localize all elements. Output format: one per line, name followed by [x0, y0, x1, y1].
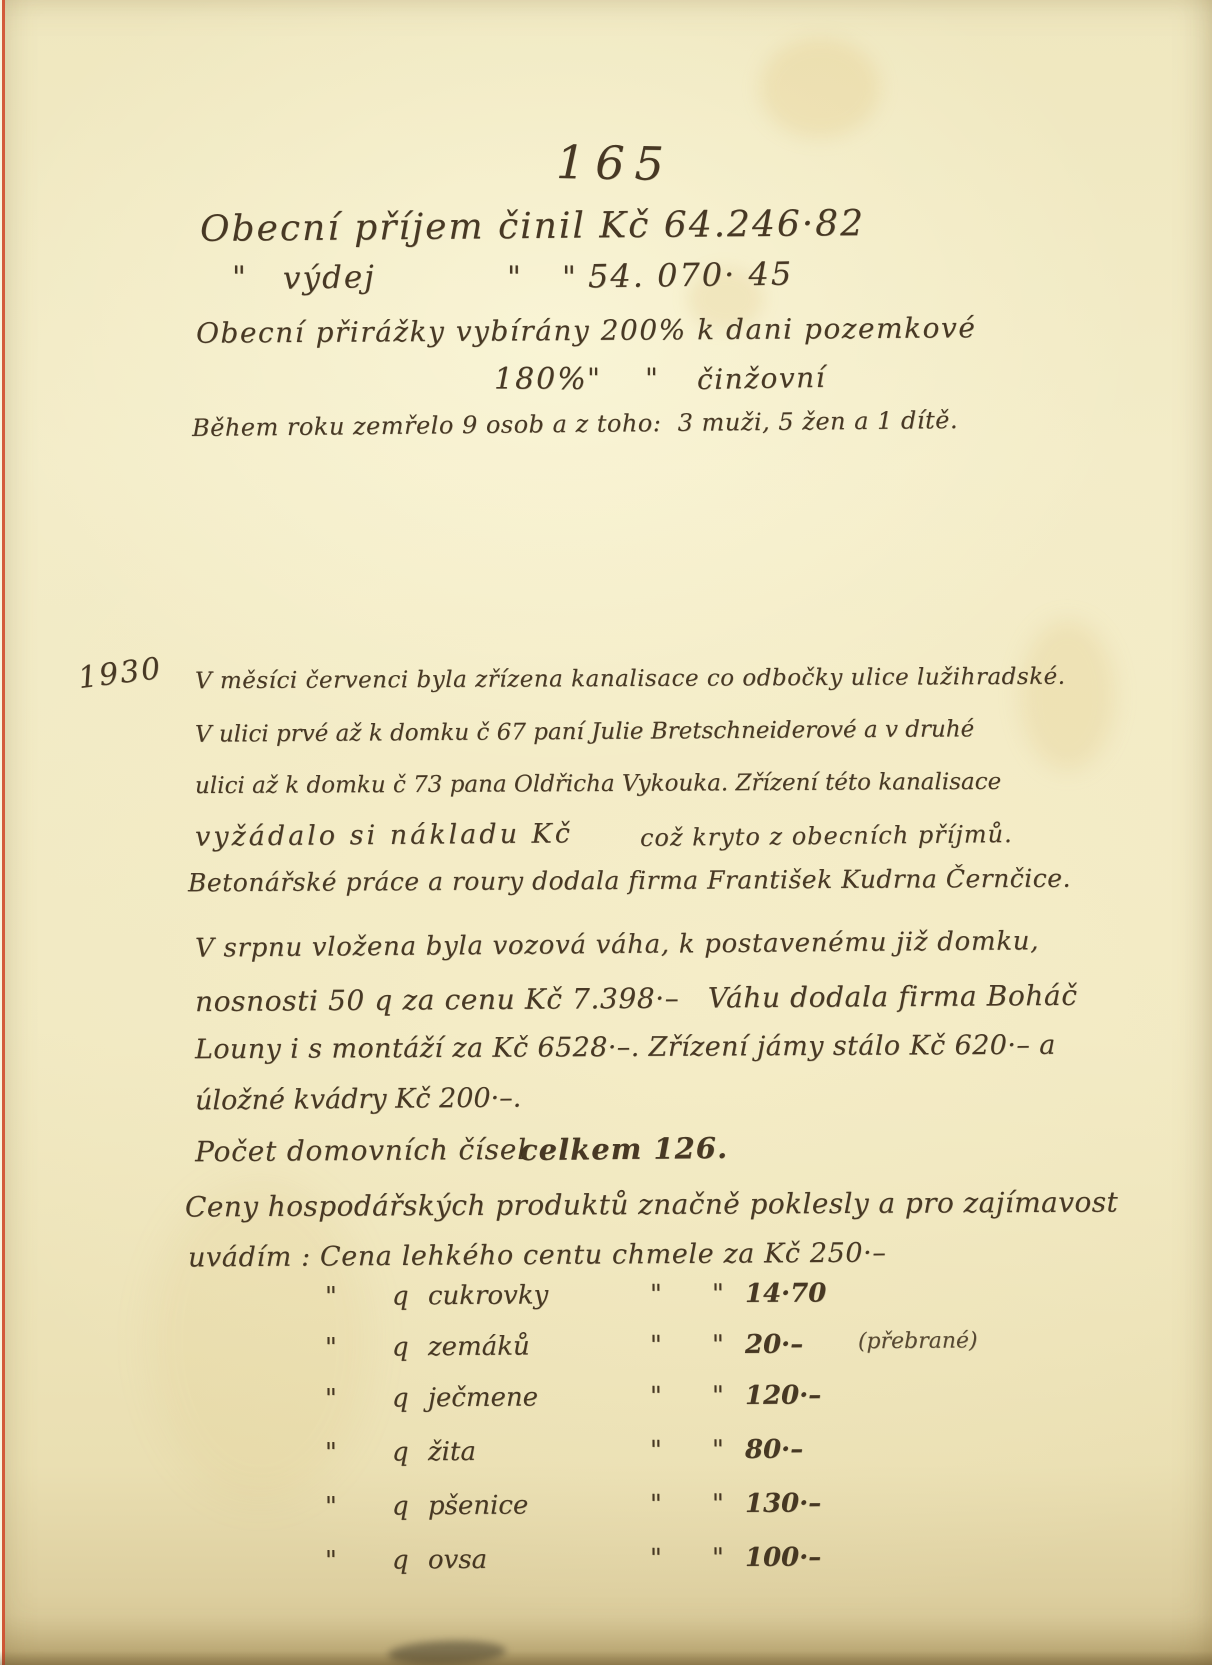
deaths-line: Během roku zemřelo 9 osob a z toho: 3 mu…	[192, 406, 958, 442]
scale-line-4: úložné kvádry Kč 200·–.	[195, 1083, 522, 1117]
price-product: žita	[428, 1437, 476, 1467]
price-value: 20·–	[745, 1330, 803, 1360]
scale-line-1: V srpnu vložena byla vozová váha, k post…	[195, 926, 1039, 963]
price-table-row: " q ovsa " " 100·–	[0, 1540, 1212, 1600]
paper-stain	[1020, 620, 1115, 770]
price-value: 14·70	[745, 1278, 827, 1309]
paper-stain	[760, 38, 880, 138]
scale-line-3: Louny i s montáží za Kč 6528·–. Zřízení …	[195, 1030, 1056, 1066]
price-unit: q	[392, 1281, 409, 1311]
price-unit: q	[392, 1437, 409, 1467]
cost-segment: vyžádalo si nákladu Kč	[195, 818, 573, 852]
price-note: (přebrané)	[858, 1328, 978, 1354]
page-number: 165	[556, 135, 675, 191]
ditto-mark: "	[645, 362, 658, 395]
ditto-mark: "	[650, 1544, 662, 1574]
price-table-row: " q žita " " 80·–	[0, 1432, 1212, 1492]
price-unit: q	[392, 1383, 409, 1413]
price-value: 80·–	[745, 1435, 803, 1465]
ditto-mark: "	[650, 1280, 662, 1310]
ditto-mark: "	[562, 260, 576, 295]
ditto-mark: "	[650, 1436, 662, 1466]
price-product: ovsa	[428, 1545, 487, 1575]
house-count-value: celkem 126.	[520, 1131, 728, 1167]
ditto-mark: "	[712, 1543, 724, 1573]
ditto-mark: "	[587, 362, 600, 395]
bottom-edge-shadow	[0, 1651, 1212, 1665]
ditto-mark: "	[712, 1381, 724, 1411]
price-unit: q	[392, 1545, 409, 1575]
surtax-percent: 180%	[494, 362, 588, 397]
canalisation-line-3: ulici až k domku č 73 pana Oldřicha Vyko…	[195, 769, 1001, 799]
ditto-mark: "	[712, 1279, 724, 1309]
chronicle-page: 165 Obecní příjem činil Kč 64.246·82 " v…	[0, 0, 1212, 1665]
ditto-mark: "	[325, 1492, 337, 1522]
ditto-mark: "	[650, 1331, 662, 1361]
price-table-row: " q ječmene " " 120·–	[0, 1378, 1212, 1438]
surtax-label: činžovní	[697, 361, 827, 396]
coverage-segment: což kryto z obecních příjmů.	[640, 820, 1013, 852]
price-table-row: " q pšenice " " 130·–	[0, 1486, 1212, 1546]
ditto-mark: "	[325, 1333, 337, 1363]
house-count-prefix: Počet domovních čísel	[195, 1133, 537, 1168]
ditto-mark: "	[232, 260, 246, 295]
ditto-mark: "	[325, 1384, 337, 1414]
canalisation-line-1: V měsíci červenci byla zřízena kanalisac…	[195, 664, 1066, 695]
ditto-mark: "	[712, 1330, 724, 1360]
price-product: zemáků	[428, 1332, 530, 1363]
prices-intro-line-2: uvádím : Cena lehkého centu chmele za Kč…	[188, 1238, 887, 1274]
price-unit: q	[392, 1332, 409, 1362]
canalisation-line-5: Betonářské práce a roury dodala firma Fr…	[188, 864, 1071, 898]
margin-year: 1930	[76, 651, 164, 696]
price-product: pšenice	[428, 1491, 529, 1522]
price-unit: q	[392, 1491, 409, 1521]
expense-amount: 54. 070· 45	[588, 255, 794, 296]
ditto-mark: "	[650, 1382, 662, 1412]
price-value: 120·–	[745, 1380, 822, 1411]
price-product: cukrovky	[428, 1280, 548, 1311]
ditto-mark: "	[650, 1490, 662, 1520]
expense-label: výdej	[283, 259, 376, 297]
ditto-mark: "	[325, 1438, 337, 1468]
income-line: Obecní příjem činil Kč 64.246·82	[200, 203, 865, 250]
ditto-mark: "	[712, 1435, 724, 1465]
ditto-mark: "	[712, 1489, 724, 1519]
scale-line-2: nosnosti 50 q za cenu Kč 7.398·– Váhu do…	[195, 979, 1078, 1018]
ditto-mark: "	[507, 260, 521, 295]
canalisation-line-2: V ulici prvé až k domku č 67 paní Julie …	[195, 716, 974, 747]
ditto-mark: "	[325, 1546, 337, 1576]
price-value: 130·–	[745, 1488, 822, 1519]
price-product: ječmene	[428, 1382, 538, 1413]
prices-intro-line-1: Ceny hospodářských produktů značně pokle…	[185, 1186, 1118, 1224]
surtax-line-1: Obecní přirážky vybírány 200% k dani poz…	[196, 311, 977, 349]
ditto-mark: "	[325, 1282, 337, 1312]
price-value: 100·–	[745, 1542, 822, 1573]
